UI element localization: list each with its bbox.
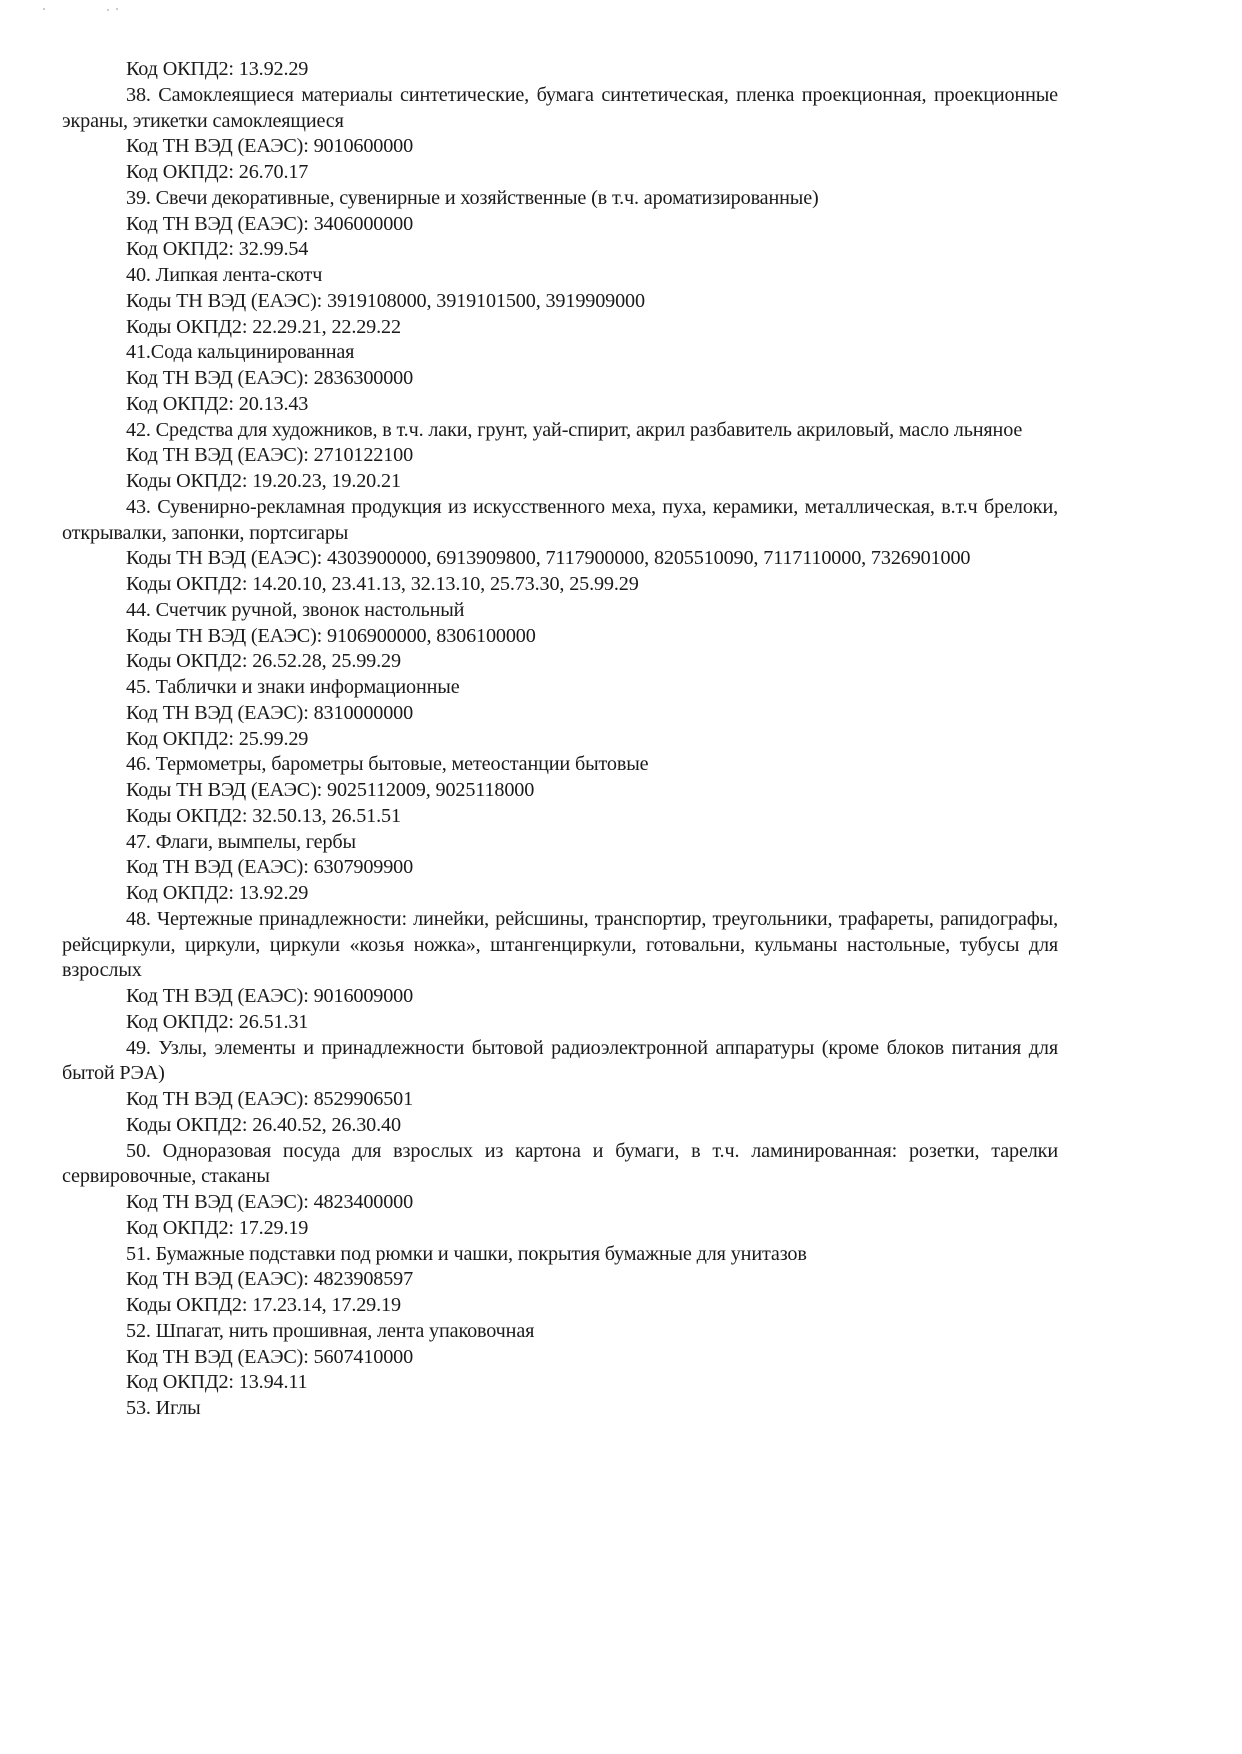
- item-title: 45. Таблички и знаки информационные: [62, 675, 1058, 701]
- item-title: 41.Сода кальцинированная: [62, 340, 1058, 366]
- item-title: 47. Флаги, вымпелы, гербы: [62, 830, 1058, 856]
- list-item: 38. Самоклеящиеся материалы синтетически…: [62, 83, 1058, 186]
- list-item: 39. Свечи декоративные, сувенирные и хоз…: [62, 186, 1058, 263]
- item-title: 51. Бумажные подставки под рюмки и чашки…: [62, 1242, 1058, 1268]
- tnved-code-line: Код ТН ВЭД (ЕАЭС): 5607410000: [62, 1345, 1058, 1371]
- list-item: 42. Средства для художников, в т.ч. лаки…: [62, 418, 1058, 495]
- document-page: Код ОКПД2: 13.92.29 38. Самоклеящиеся ма…: [62, 57, 1058, 1422]
- item-title: 46. Термометры, барометры бытовые, метео…: [62, 752, 1058, 778]
- item-title: 42. Средства для художников, в т.ч. лаки…: [62, 418, 1058, 444]
- list-item: 50. Одноразовая посуда для взрослых из к…: [62, 1139, 1058, 1242]
- list-item: 45. Таблички и знаки информационныеКод Т…: [62, 675, 1058, 752]
- item-title: 50. Одноразовая посуда для взрослых из к…: [62, 1139, 1058, 1191]
- okpd2-code-line: Коды ОКПД2: 26.52.28, 25.99.29: [62, 649, 1058, 675]
- okpd2-code-line: Код ОКПД2: 25.99.29: [62, 727, 1058, 753]
- okpd2-code-line: Код ОКПД2: 32.99.54: [62, 237, 1058, 263]
- list-item: 53. Иглы: [62, 1396, 1058, 1422]
- tnved-code-line: Код ТН ВЭД (ЕАЭС): 4823908597: [62, 1267, 1058, 1293]
- item-title: 49. Узлы, элементы и принадлежности быто…: [62, 1036, 1058, 1088]
- leading-okpd2-line: Код ОКПД2: 13.92.29: [62, 57, 1058, 83]
- okpd2-code-line: Коды ОКПД2: 19.20.23, 19.20.21: [62, 469, 1058, 495]
- tnved-code-line: Код ТН ВЭД (ЕАЭС): 2710122100: [62, 443, 1058, 469]
- item-title: 39. Свечи декоративные, сувенирные и хоз…: [62, 186, 1058, 212]
- tnved-code-line: Код ТН ВЭД (ЕАЭС): 9016009000: [62, 984, 1058, 1010]
- tnved-code-line: Код ТН ВЭД (ЕАЭС): 6307909900: [62, 855, 1058, 881]
- tnved-code-line: Код ТН ВЭД (ЕАЭС): 8529906501: [62, 1087, 1058, 1113]
- list-item: 41.Сода кальцинированнаяКод ТН ВЭД (ЕАЭС…: [62, 340, 1058, 417]
- item-title: 48. Чертежные принадлежности: линейки, р…: [62, 907, 1058, 984]
- okpd2-code-line: Код ОКПД2: 13.94.11: [62, 1370, 1058, 1396]
- tnved-code-line: Код ТН ВЭД (ЕАЭС): 3406000000: [62, 212, 1058, 238]
- okpd2-code-line: Код ОКПД2: 13.92.29: [62, 881, 1058, 907]
- scan-artifact: [116, 8, 118, 10]
- tnved-code-line: Код ТН ВЭД (ЕАЭС): 8310000000: [62, 701, 1058, 727]
- item-title: 44. Счетчик ручной, звонок настольный: [62, 598, 1058, 624]
- list-item: 49. Узлы, элементы и принадлежности быто…: [62, 1036, 1058, 1139]
- item-title: 53. Иглы: [62, 1396, 1058, 1422]
- okpd2-code-line: Код ОКПД2: 20.13.43: [62, 392, 1058, 418]
- scan-artifact: [43, 8, 45, 10]
- list-item: 51. Бумажные подставки под рюмки и чашки…: [62, 1242, 1058, 1319]
- okpd2-code-line: Коды ОКПД2: 22.29.21, 22.29.22: [62, 315, 1058, 341]
- list-item: 43. Сувенирно-рекламная продукция из иск…: [62, 495, 1058, 598]
- item-title: 52. Шпагат, нить прошивная, лента упаков…: [62, 1319, 1058, 1345]
- scan-artifact: [107, 9, 109, 11]
- list-item: 40. Липкая лента-скотчКоды ТН ВЭД (ЕАЭС)…: [62, 263, 1058, 340]
- okpd2-code-line: Коды ОКПД2: 26.40.52, 26.30.40: [62, 1113, 1058, 1139]
- item-title: 38. Самоклеящиеся материалы синтетически…: [62, 83, 1058, 135]
- list-item: 48. Чертежные принадлежности: линейки, р…: [62, 907, 1058, 1036]
- tnved-codes-line: Коды ТН ВЭД (ЕАЭС): 4303900000, 69139098…: [62, 546, 1058, 572]
- item-title: 43. Сувенирно-рекламная продукция из иск…: [62, 495, 1058, 547]
- okpd2-code-line: Коды ОКПД2: 14.20.10, 23.41.13, 32.13.10…: [62, 572, 1058, 598]
- list-item: 47. Флаги, вымпелы, гербыКод ТН ВЭД (ЕАЭ…: [62, 830, 1058, 907]
- item-list: 38. Самоклеящиеся материалы синтетически…: [62, 83, 1058, 1422]
- list-item: 52. Шпагат, нить прошивная, лента упаков…: [62, 1319, 1058, 1396]
- okpd2-code-line: Код ОКПД2: 26.51.31: [62, 1010, 1058, 1036]
- tnved-code-line: Коды ТН ВЭД (ЕАЭС): 9106900000, 83061000…: [62, 624, 1058, 650]
- okpd2-code-line: Коды ОКПД2: 32.50.13, 26.51.51: [62, 804, 1058, 830]
- tnved-code-line: Код ТН ВЭД (ЕАЭС): 4823400000: [62, 1190, 1058, 1216]
- tnved-code-line: Коды ТН ВЭД (ЕАЭС): 9025112009, 90251180…: [62, 778, 1058, 804]
- okpd2-code-line: Код ОКПД2: 26.70.17: [62, 160, 1058, 186]
- tnved-code-line: Код ТН ВЭД (ЕАЭС): 9010600000: [62, 134, 1058, 160]
- tnved-code-line: Коды ТН ВЭД (ЕАЭС): 3919108000, 39191015…: [62, 289, 1058, 315]
- list-item: 46. Термометры, барометры бытовые, метео…: [62, 752, 1058, 829]
- list-item: 44. Счетчик ручной, звонок настольныйКод…: [62, 598, 1058, 675]
- item-title: 40. Липкая лента-скотч: [62, 263, 1058, 289]
- tnved-code-line: Код ТН ВЭД (ЕАЭС): 2836300000: [62, 366, 1058, 392]
- okpd2-code-line: Коды ОКПД2: 17.23.14, 17.29.19: [62, 1293, 1058, 1319]
- okpd2-code-line: Код ОКПД2: 17.29.19: [62, 1216, 1058, 1242]
